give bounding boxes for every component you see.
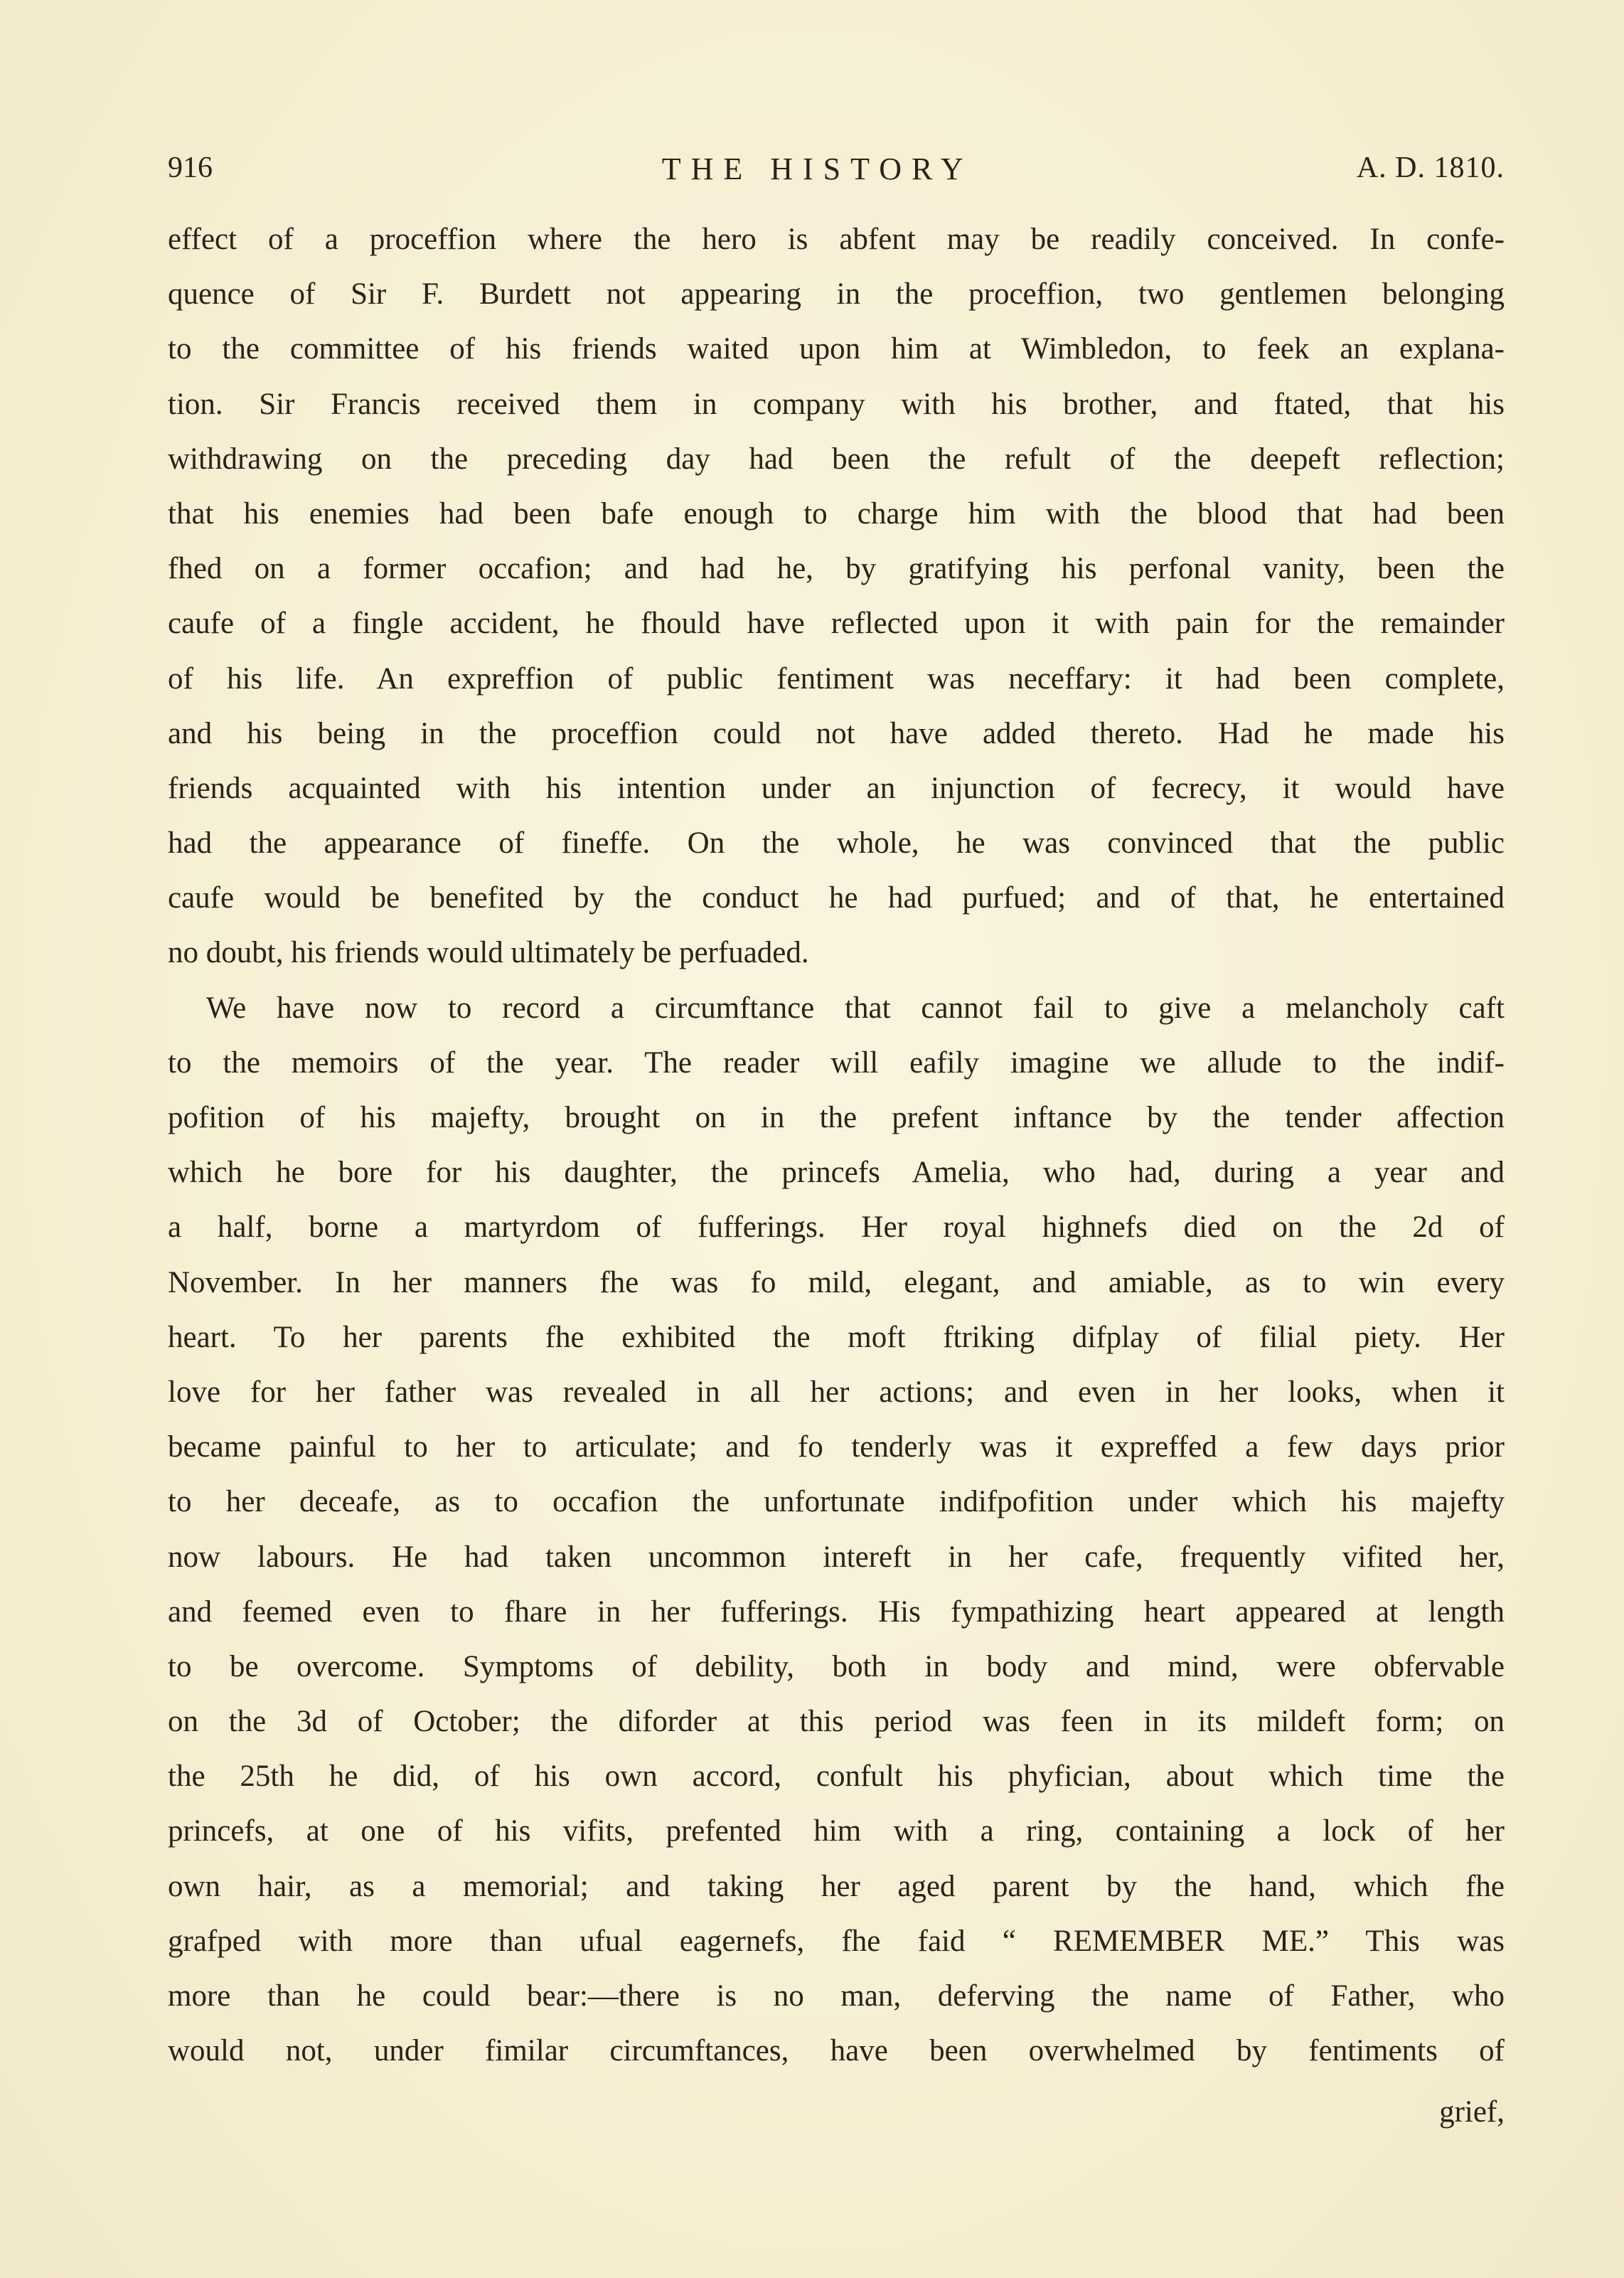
text-line: more than he could bear:—there is no man… (168, 1969, 1505, 2023)
page-number: 916 (168, 151, 213, 185)
text-line: own hair, as a memorial; and taking her … (168, 1859, 1505, 1914)
text-line: heart. To her parents fhe exhibited the … (168, 1310, 1505, 1365)
year-heading: A. D. 1810. (1357, 151, 1505, 185)
text-line: would not, under fimilar circumftances, … (168, 2023, 1505, 2078)
text-line: to the memoirs of the year. The reader w… (168, 1036, 1505, 1090)
text-line: had the appearance of fineffe. On the wh… (168, 816, 1505, 871)
text-line: princefs, at one of his vifits, prefente… (168, 1804, 1505, 1858)
paragraph: We have now to record a circumftance tha… (168, 981, 1505, 2079)
text-line: pofition of his majefty, brought on in t… (168, 1090, 1505, 1145)
text-line: of his life. An expreffion of public fen… (168, 651, 1505, 706)
text-line: grafped with more than ufual eagernefs, … (168, 1914, 1505, 1969)
text-line: on the 3d of October; the diforder at th… (168, 1694, 1505, 1749)
text-line: caufe would be benefited by the conduct … (168, 871, 1505, 925)
text-line: the 25th he did, of his own accord, conf… (168, 1749, 1505, 1804)
text-line: and his being in the proceffion could no… (168, 706, 1505, 761)
body-text: effect of a proceffion where the hero is… (168, 212, 1505, 2078)
running-title: THE HISTORY (662, 151, 973, 187)
text-line: a half, borne a martyrdom of fufferings.… (168, 1200, 1505, 1255)
text-line: We have now to record a circumftance tha… (168, 981, 1505, 1036)
text-line: which he bore for his daughter, the prin… (168, 1145, 1505, 1200)
text-line: withdrawing on the preceding day had bee… (168, 432, 1505, 486)
text-line: love for her father was revealed in all … (168, 1365, 1505, 1420)
text-line: to her deceafe, as to occafion the unfor… (168, 1474, 1505, 1529)
page-header: 916 THE HISTORY A. D. 1810. (168, 151, 1505, 193)
text-line: November. In her manners fhe was fo mild… (168, 1255, 1505, 1310)
text-line: effect of a proceffion where the hero is… (168, 212, 1505, 267)
text-line: that his enemies had been bafe enough to… (168, 486, 1505, 541)
text-line: quence of Sir F. Burdett not appearing i… (168, 267, 1505, 321)
text-line: caufe of a fingle accident, he fhould ha… (168, 596, 1505, 651)
paragraph: effect of a proceffion where the hero is… (168, 212, 1505, 981)
text-line: to the committee of his friends waited u… (168, 321, 1505, 376)
text-line: fhed on a former occafion; and had he, b… (168, 541, 1505, 596)
text-line: became painful to her to articulate; and… (168, 1420, 1505, 1474)
catchword: grief, (1439, 2095, 1505, 2129)
text-line: no doubt, his friends would ultimately b… (168, 925, 1505, 980)
text-line: tion. Sir Francis received them in compa… (168, 377, 1505, 432)
text-line: now labours. He had taken uncommon inter… (168, 1530, 1505, 1585)
text-line: and feemed even to fhare in her fufferin… (168, 1585, 1505, 1639)
text-line: friends acquainted with his intention un… (168, 761, 1505, 816)
text-line: to be overcome. Symptoms of debility, bo… (168, 1639, 1505, 1694)
